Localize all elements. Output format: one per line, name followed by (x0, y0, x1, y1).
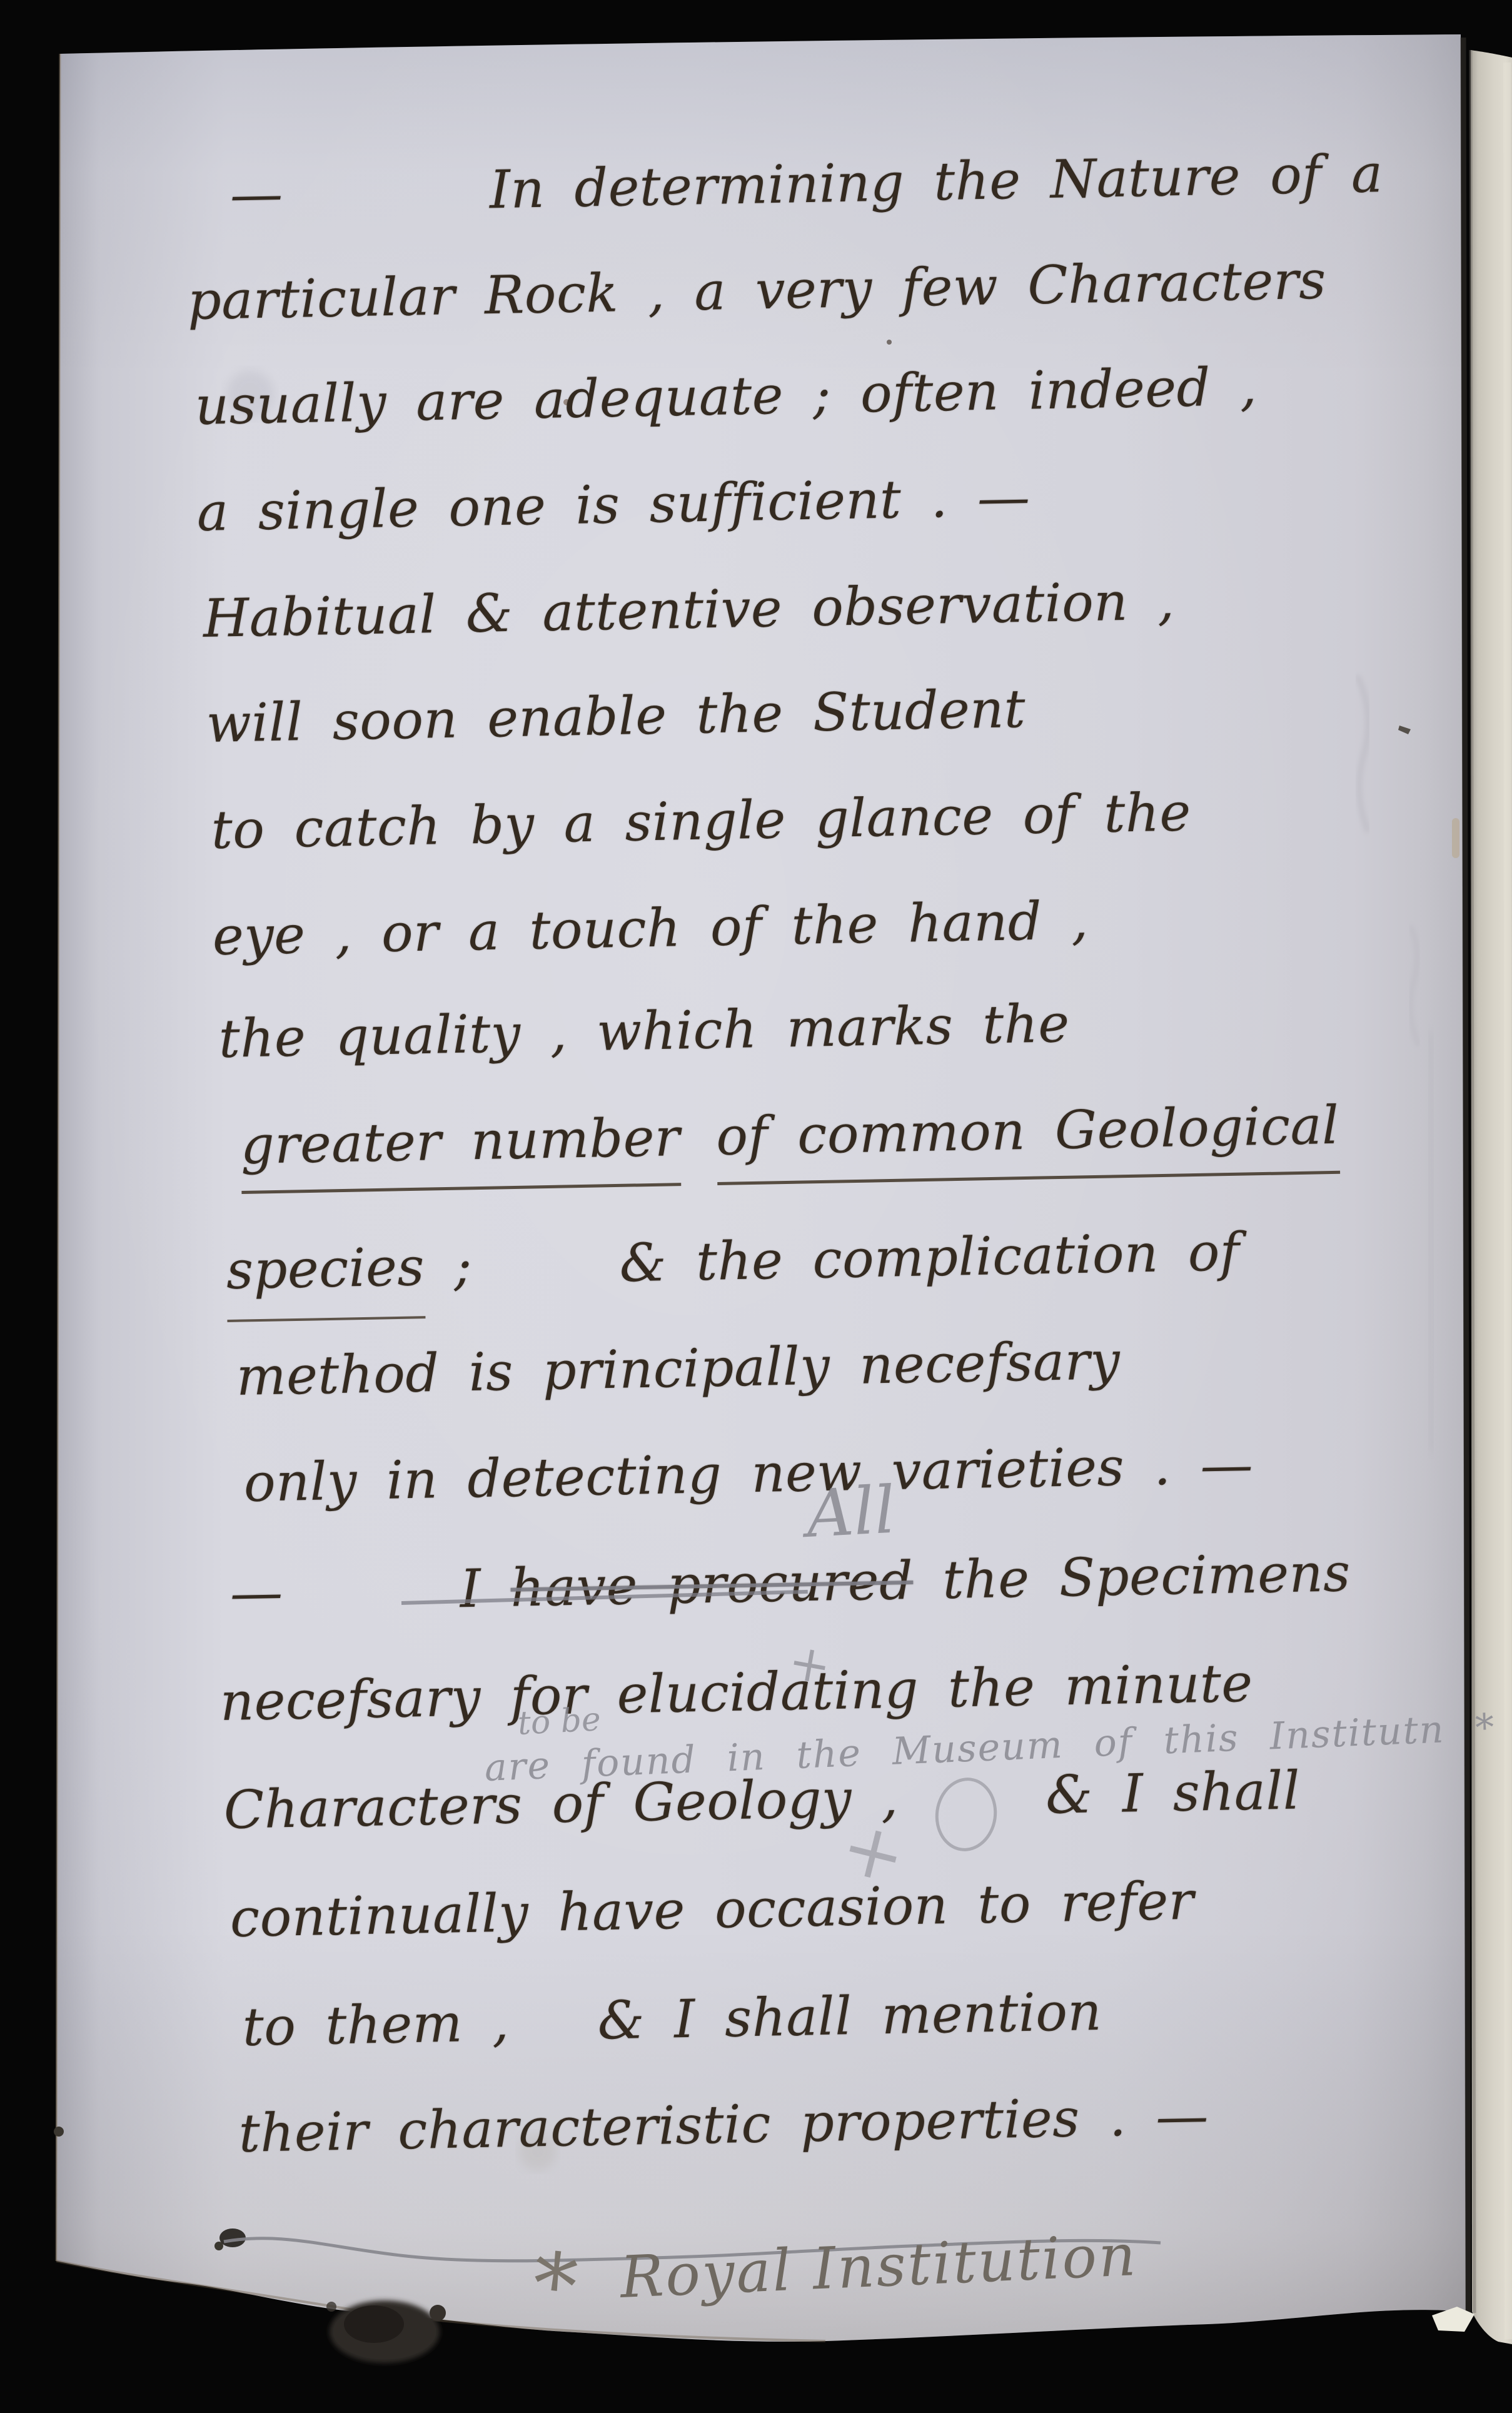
manuscript-line: — In determining the Nature of a (229, 143, 1383, 225)
pencil-superscript-insertion: to be (517, 1701, 602, 1743)
manuscript-line: to catch by a single glance of the (211, 781, 1191, 861)
word-gap (680, 1155, 717, 1155)
manuscript-line: their characteristic properties . — (238, 2085, 1209, 2164)
pencil-insertion-all: All (805, 1472, 897, 1552)
manuscript-line: a single one is sufficient . — (196, 467, 1031, 543)
pencil-struck-words: have procured (510, 1550, 914, 1619)
manuscript-line-underlined: greater numberof common Geological (240, 1095, 1339, 1176)
manuscript-line: particular Rock , a very few Characters (187, 250, 1327, 331)
footnote-asterisk: * (527, 2233, 582, 2339)
underlined-phrase: greater number (240, 1106, 681, 1194)
manuscript-line: will soon enable the Student (206, 678, 1026, 754)
underlined-word: species (226, 1236, 425, 1322)
manuscript-line: Habitual & attentive observation , (203, 570, 1175, 649)
manuscript-line: continually have occasion to refer (229, 1870, 1194, 1949)
manuscript-photo: — In determining the Nature of a particu… (0, 0, 1512, 2413)
manuscript-line: eye , or a touch of the hand , (212, 889, 1089, 967)
manuscript-line: only in detecting new varieties . — (243, 1434, 1254, 1514)
underlined-phrase: of common Geological (716, 1095, 1340, 1185)
line-text: the Specimens (912, 1542, 1351, 1611)
footnote-text: Royal Institution (619, 2222, 1139, 2311)
manuscript-line: usually are adequate ; often indeed , (194, 356, 1257, 437)
manuscript-line-underlined: species ; & the complication of (226, 1221, 1240, 1301)
manuscript-line: method is principally necefsary (236, 1330, 1121, 1407)
manuscript-page: — In determining the Nature of a particu… (0, 0, 1512, 2413)
manuscript-line: necefsary for elucidating the minute (219, 1652, 1253, 1733)
manuscript-line: Characters of Geology , & I shall (223, 1759, 1301, 1841)
line-text: — I (229, 1557, 511, 1624)
manuscript-line: to them , & I shall mention (242, 1981, 1102, 2058)
manuscript-line: the quality , which marks the (218, 993, 1070, 1070)
manuscript-line-with-deletion: — I have procured the Specimens (229, 1542, 1351, 1624)
line-text: ; & the complication of (424, 1221, 1240, 1297)
